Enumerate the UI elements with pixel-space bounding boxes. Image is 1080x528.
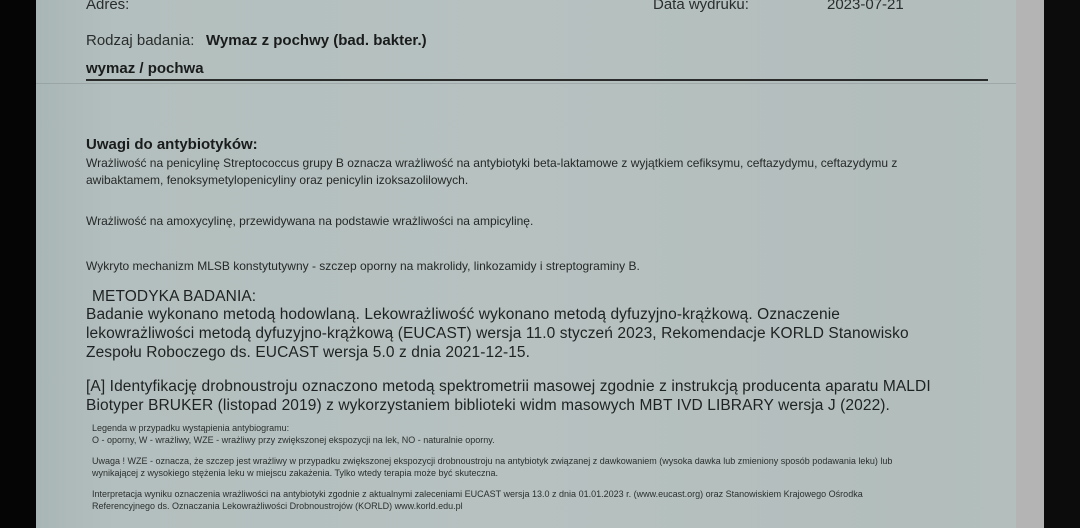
- interpretation-line-2: Referencyjnego ds. Oznaczania Lekowrażli…: [92, 500, 863, 512]
- paper-fold: [36, 83, 1016, 84]
- antibiotic-note-1-line-2: awibaktamem, fenoksymetylopenicyliny ora…: [86, 172, 897, 189]
- paper-edge: [1016, 0, 1044, 528]
- warning-footnote: Uwaga ! WZE - oznacza, że szczep jest wr…: [92, 455, 892, 479]
- antibiotic-notes-title: Uwagi do antybiotyków:: [86, 136, 258, 153]
- antibiotic-note-1: Wrażliwość na penicylinę Streptococcus g…: [86, 155, 897, 189]
- antibiotic-note-2: Wrażliwość na amoxycylinę, przewidywana …: [86, 213, 533, 230]
- methodology-line-1: Badanie wykonano metodą hodowlaną. Lekow…: [86, 305, 909, 324]
- antibiotic-note-1-line-1: Wrażliwość na penicylinę Streptococcus g…: [86, 155, 897, 172]
- legend-line-1: Legenda w przypadku wystąpienia antybiog…: [92, 422, 495, 434]
- legend-footnote: Legenda w przypadku wystąpienia antybiog…: [92, 422, 495, 446]
- address-label: Adres:: [86, 0, 129, 13]
- photo-border-right: [1044, 0, 1080, 528]
- exam-type-label: Rodzaj badania:: [86, 32, 194, 49]
- methodology-text: Badanie wykonano metodą hodowlaną. Lekow…: [86, 305, 909, 362]
- methodology-line-3: Zespołu Roboczego ds. EUCAST wersja 5.0 …: [86, 343, 909, 362]
- lab-report-page: Adres: Data wydruku: 2023-07-21 Rodzaj b…: [36, 0, 1016, 528]
- methodology-line-2: lekowrażliwości metodą dyfuzyjno-krążkow…: [86, 324, 909, 343]
- header-divider: [86, 79, 988, 81]
- exam-type-value: Wymaz z pochwy (bad. bakter.): [206, 32, 427, 49]
- identification-text: [A] Identyfikację drobnoustroju oznaczon…: [86, 377, 931, 415]
- print-date-label: Data wydruku:: [653, 0, 749, 13]
- photo-border-left: [0, 0, 36, 528]
- interpretation-footnote: Interpretacja wyniku oznaczenia wrażliwo…: [92, 488, 863, 512]
- antibiotic-note-3: Wykryto mechanizm MLSB konstytutywny - s…: [86, 258, 640, 275]
- warning-line-1: Uwaga ! WZE - oznacza, że szczep jest wr…: [92, 455, 892, 467]
- identification-line-2: Biotyper BRUKER (listopad 2019) z wykorz…: [86, 396, 931, 415]
- warning-line-2: wynikającej z wysokiego stężenia leku w …: [92, 467, 892, 479]
- identification-line-1: [A] Identyfikację drobnoustroju oznaczon…: [86, 377, 931, 396]
- interpretation-line-1: Interpretacja wyniku oznaczenia wrażliwo…: [92, 488, 863, 500]
- methodology-title: METODYKA BADANIA:: [92, 287, 256, 306]
- specimen: wymaz / pochwa: [86, 60, 204, 77]
- print-date-value: 2023-07-21: [827, 0, 904, 13]
- legend-line-2: O - oporny, W - wrażliwy, WZE - wrażliwy…: [92, 434, 495, 446]
